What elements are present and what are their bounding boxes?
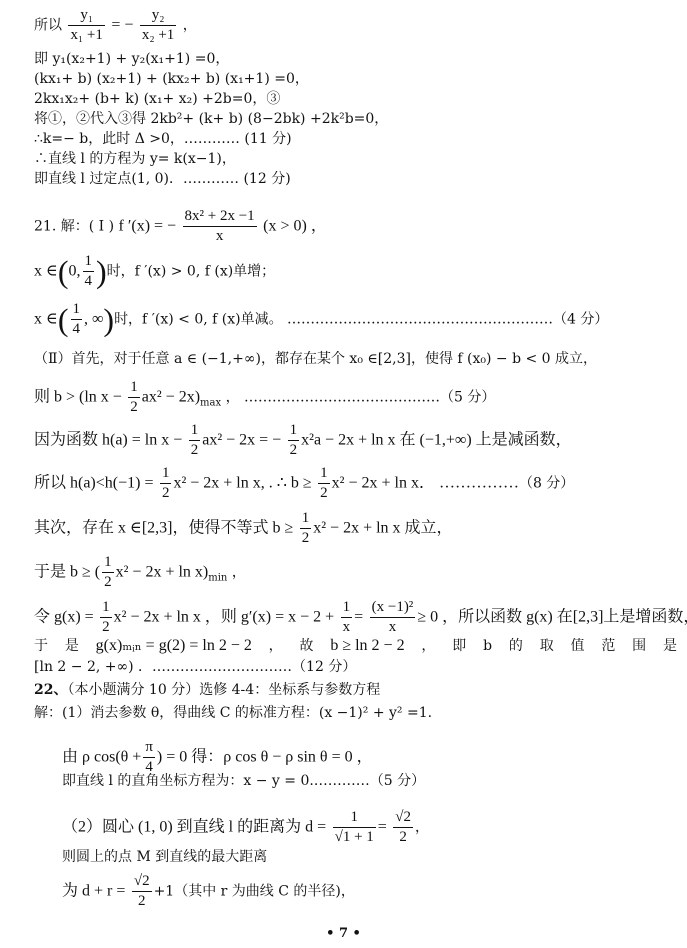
q22-max-distance: 则圆上的点 M 到直线的最大距离 — [62, 848, 267, 866]
text: , ∞ — [84, 311, 103, 328]
text: 0, — [69, 263, 81, 280]
text: （2）圆心 (1, 0) 到直线 l 的距离为 d = — [62, 819, 326, 836]
q21-next-line: 其次，存在 x ∈[2,3]，使得不等式 b ≥ 12x² − 2x + ln … — [34, 509, 453, 548]
denominator: x — [183, 227, 257, 246]
text: 取 — [540, 637, 554, 655]
numerator: 1 — [189, 421, 201, 441]
q21-increasing: x ∈(0,14)时，f ′(x) > 0, f (x)单增； — [34, 252, 275, 291]
text: ) = 0 得：ρ cos θ − ρ sin θ = 0 ， — [157, 749, 373, 766]
fraction: 12 — [160, 464, 172, 503]
numerator: 1 — [318, 464, 330, 484]
text: = — [354, 609, 363, 626]
subscript: min — [208, 572, 227, 583]
fraction: 14 — [83, 252, 95, 291]
subscript: max — [200, 397, 221, 408]
q22-header: 22、（本小题满分 10 分）选修 4-4：坐标系与参数方程 — [34, 681, 380, 699]
text: x²a − 2x + ln x 在 (−1,+∞) 上是减函数， — [301, 432, 572, 449]
q21-h-function: 因为函数 h(a) = ln x − 12ax² − 2x = − 12x²a … — [34, 421, 572, 460]
numerator: √2 — [132, 872, 152, 892]
text: ， — [183, 18, 197, 34]
question-title: （本小题满分 10 分）选修 4-4：坐标系与参数方程 — [67, 682, 380, 698]
numerator: 1 — [160, 464, 172, 484]
page-number: • 7 • — [0, 926, 687, 941]
q21-g-function: 令 g(x) = 12x² − 2x + ln x ，则 g′(x) = x −… — [34, 598, 687, 637]
numerator: 1 — [100, 598, 112, 618]
text: 为 d + r = — [62, 883, 125, 900]
fraction: √22 — [132, 872, 152, 911]
numerator: 1 — [341, 598, 353, 618]
text: 是 — [65, 637, 79, 655]
numerator: y₂ — [140, 6, 176, 26]
line-5: 将①，②代入③得 2kb²+ (k+ b) (8−2bk) +2k²b=0， — [34, 110, 388, 128]
text: 则 b > (ln x − — [34, 389, 122, 406]
text: ax² − 2x) — [142, 389, 200, 406]
denominator: x₁ +1 — [68, 26, 104, 45]
q21-so-line: 所以 h(a)<h(−1) = 12x² − 2x + ln x, . ∴ b … — [34, 464, 574, 503]
fraction: 12 — [300, 509, 312, 548]
text: b ≥ ln 2 − 2 — [330, 637, 404, 655]
line-3: (kx₁+ b) (x₂+1) + (kx₂+ b) (x₁+1) =0， — [34, 70, 309, 88]
denominator: 4 — [71, 320, 83, 339]
line-2: 即 y₁(x₂+1) + y₂(x₁+1) =0， — [34, 50, 229, 68]
denominator: 2 — [102, 573, 114, 592]
text: x² − 2x + ln x) — [116, 564, 209, 581]
text: 所以 h(a)<h(−1) = — [34, 475, 154, 492]
score: （4 分） — [553, 312, 608, 328]
denominator: √1 + 1 — [333, 828, 376, 847]
score: （8 分） — [519, 476, 574, 492]
denominator: 2 — [160, 484, 172, 503]
text: (x > 0) ， — [263, 218, 327, 235]
text: ≥ 0 ，所以函数 g(x) 在[2,3]上是增函数， — [417, 609, 687, 626]
text: ， — [415, 820, 429, 836]
fraction: 12 — [189, 421, 201, 460]
q22-step1: 解：(1）消去参数 θ，得曲线 C 的标准方程：(x −1)² + y² =1. — [34, 704, 432, 722]
text: 因为函数 h(a) = ln x − — [34, 432, 182, 449]
text: 由 ρ cos(θ + — [62, 749, 141, 766]
numerator: 1 — [333, 808, 376, 828]
denominator: 2 — [288, 441, 300, 460]
q21-derivative: 21. 解：( Ⅰ ) f ′(x) = − 8x² + 2x −1x (x >… — [34, 207, 327, 246]
denominator: 2 — [189, 441, 201, 460]
q21-result-line: 于 是 g(x)ₘᵢₙ = g(2) = ln 2 − 2 ， 故 b ≥ ln… — [34, 637, 677, 655]
fraction: 12 — [102, 553, 114, 592]
text: 值 — [571, 637, 585, 655]
text: 时，f ′(x) > 0, f (x)单增； — [107, 264, 276, 280]
fraction: 12 — [128, 378, 140, 417]
fraction: y₁x₁ +1 — [68, 6, 104, 45]
text: = — [378, 819, 387, 836]
text: ， — [421, 637, 435, 655]
text: 即 — [452, 637, 466, 655]
text: 故 — [300, 637, 314, 655]
denominator: 2 — [300, 529, 312, 548]
numerator: √2 — [393, 808, 413, 828]
text: x ∈ — [34, 311, 58, 328]
fraction: 12 — [318, 464, 330, 503]
text: 的 — [509, 637, 523, 655]
fraction: y₂x₂ +1 — [140, 6, 176, 45]
numerator: y₁ — [68, 6, 104, 26]
denominator: 2 — [100, 618, 112, 637]
leader-dots: ， …………………………………… — [221, 390, 440, 406]
text: 范 — [601, 637, 615, 655]
fraction: 14 — [71, 300, 83, 339]
q22-d-plus-r: 为 d + r = √22+1（其中 r 为曲线 C 的半径)， — [62, 872, 355, 911]
text: ， — [227, 565, 245, 581]
q22-distance: （2）圆心 (1, 0) 到直线 l 的距离为 d = 1√1 + 1= √22… — [62, 808, 429, 847]
fraction: 12 — [100, 598, 112, 637]
text: b — [483, 637, 492, 655]
text: ax² − 2x = − — [202, 432, 281, 449]
fraction: √22 — [393, 808, 413, 847]
text: x² − 2x + ln x． …………… — [332, 475, 519, 492]
numerator: 1 — [102, 553, 114, 573]
text: +1（其中 r 为曲线 C 的半径)， — [154, 884, 355, 900]
leader-dots: ………………………………………………… — [287, 312, 553, 328]
text: 时，f ′(x) < 0, f (x)单减。 — [114, 312, 283, 328]
q21-then-line: 于是 b ≥ (12x² − 2x + ln x)min ， — [34, 553, 246, 592]
q21-part2-line1: （Ⅱ）首先，对于任意 a ∈ (−1,+∞)，都存在某个 x₀ ∈[2,3]，使… — [34, 350, 597, 368]
text: f ′(x) = − — [119, 218, 177, 235]
denominator: 2 — [128, 398, 140, 417]
text: 所以 — [34, 18, 62, 34]
text: 围 — [632, 637, 646, 655]
question-number: 22、 — [34, 682, 67, 698]
q21-result-range: [ln 2 − 2, +∞) ．…………………………（12 分） — [34, 658, 356, 676]
fraction: (x −1)²x — [370, 598, 416, 637]
text: x ∈ — [34, 263, 58, 280]
numerator: 1 — [71, 300, 83, 320]
score: （5 分） — [440, 390, 495, 406]
line-4: 2kx₁x₂+ (b+ k) (x₁+ x₂) +2b=0，③ — [34, 90, 280, 108]
text: = − — [111, 17, 133, 34]
q21-decreasing: x ∈(14, ∞)时，f ′(x) < 0, f (x)单减。 …………………… — [34, 300, 608, 339]
numerator: π — [143, 738, 155, 758]
denominator: x₂ +1 — [140, 26, 176, 45]
line-6: ∴k=− b，此时 Δ >0，………… (11 分) — [34, 130, 292, 148]
text: 其次，存在 x ∈[2,3]，使得不等式 b ≥ — [34, 520, 293, 537]
fraction: 12 — [288, 421, 300, 460]
text: 是 — [663, 637, 677, 655]
text: g(x)ₘᵢₙ = g(2) = ln 2 − 2 — [96, 637, 252, 655]
line-8: 即直线 l 过定点(1, 0)．………… (12 分) — [34, 170, 291, 188]
denominator: 2 — [393, 828, 413, 847]
numerator: 1 — [83, 252, 95, 272]
numerator: (x −1)² — [370, 598, 416, 618]
denominator: 4 — [83, 272, 95, 291]
denominator: x — [370, 618, 416, 637]
fraction: 1√1 + 1 — [333, 808, 376, 847]
text: 令 g(x) = — [34, 609, 94, 626]
q22-line-equation: 即直线 l 的直角坐标方程为：x − y = 0.…………（5 分） — [62, 772, 425, 790]
denominator: x — [341, 618, 353, 637]
fraction: 1x — [341, 598, 353, 637]
denominator: 2 — [132, 892, 152, 911]
q21-part2-line2: 则 b > (ln x − 12ax² − 2x)max ， ………………………… — [34, 378, 495, 417]
text: x² − 2x + ln x ，则 g′(x) = x − 2 + — [114, 609, 335, 626]
line-ratio: 所以 y₁x₁ +1 = − y₂x₂ +1 ， — [34, 6, 197, 45]
text: x² − 2x + ln x 成立， — [313, 520, 452, 537]
text: 于是 b ≥ ( — [34, 564, 100, 581]
numerator: 1 — [128, 378, 140, 398]
text: ， — [269, 637, 283, 655]
text: x² − 2x + ln x, . ∴ b ≥ — [173, 475, 311, 492]
line-7: ∴直线 l 的方程为 y= k(x−1)， — [34, 150, 236, 168]
numerator: 1 — [288, 421, 300, 441]
question-number: 21. 解：( Ⅰ ) — [34, 219, 114, 235]
text: 于 — [34, 637, 48, 655]
numerator: 8x² + 2x −1 — [183, 207, 257, 227]
numerator: 1 — [300, 509, 312, 529]
fraction: 8x² + 2x −1x — [183, 207, 257, 246]
denominator: 2 — [318, 484, 330, 503]
